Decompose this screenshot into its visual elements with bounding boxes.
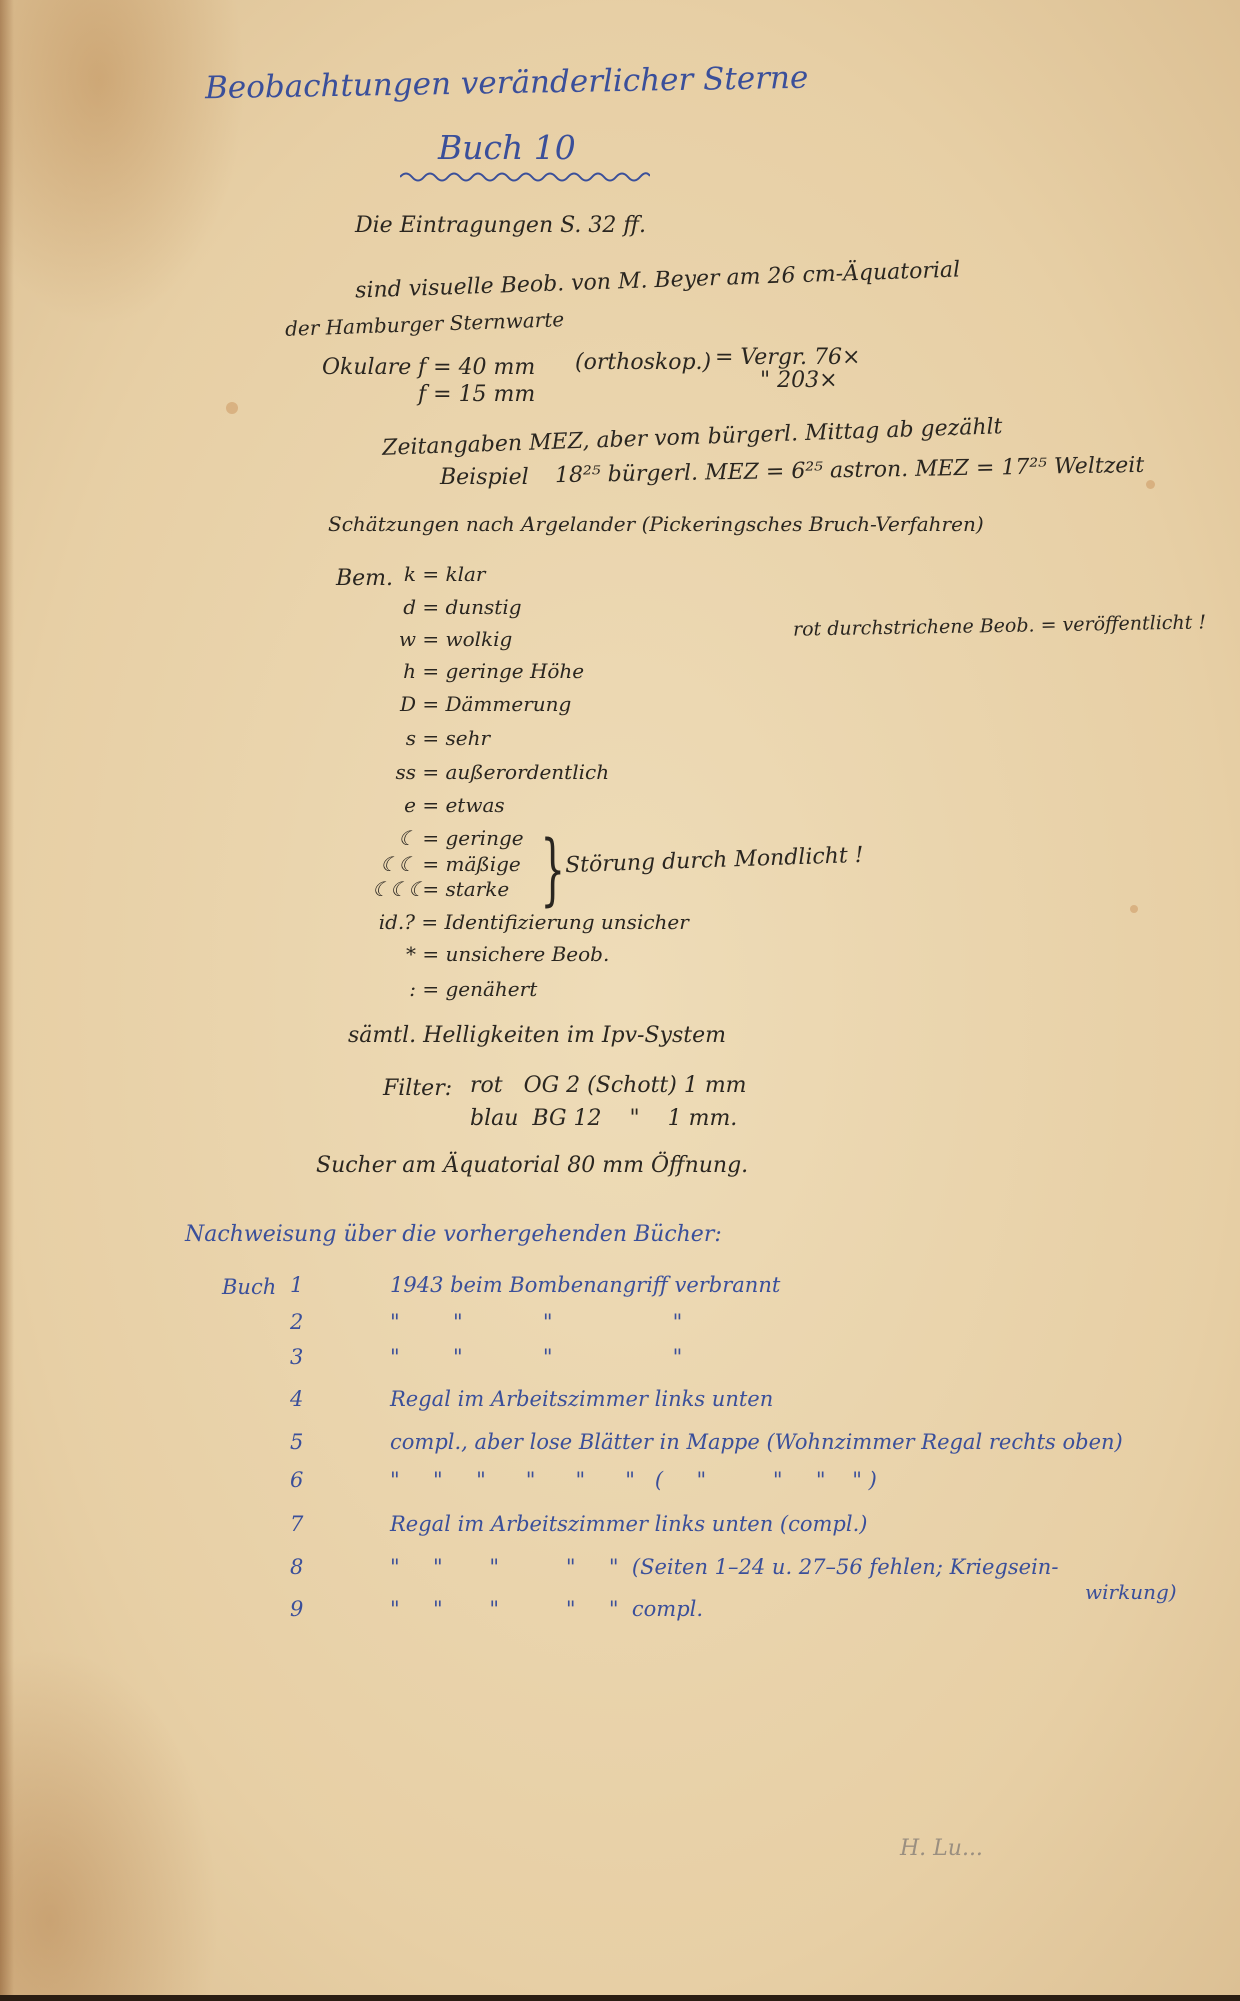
worn-left-edge — [0, 0, 14, 2001]
filters-label: Filter: — [383, 1076, 452, 1101]
eyepiece-1-focal: f = 40 mm — [418, 355, 535, 380]
filter-red: rot OG 2 (Schott) 1 mm — [470, 1073, 747, 1098]
legend-item: * = unsichere Beob. — [372, 942, 609, 966]
paper-stain — [1130, 905, 1138, 913]
time-note: Zeitangaben MEZ, aber vom bürgerl. Mitta… — [382, 414, 1003, 461]
book-label: Buch — [222, 1275, 276, 1299]
legend-item: : = genähert — [372, 977, 537, 1001]
eyepiece-1-note: (orthoskop.) — [575, 350, 711, 375]
intro-line-1: Die Eintragungen S. 32 ff. — [355, 213, 646, 238]
eyepieces-label: Okulare — [322, 355, 411, 380]
legend-item: id.? = Identifizierung unsicher — [355, 910, 689, 934]
pencil-annotation: H. Lu... — [900, 1836, 983, 1861]
red-strikethrough-note: rot durchstrichene Beob. = veröffentlich… — [793, 611, 1206, 640]
wavy-underline — [400, 168, 650, 182]
legend-item: ss = außerordentlich — [372, 760, 609, 784]
legend-item: ☾☾☾ = starke — [372, 877, 509, 901]
document-title: Beobachtungen veränderlicher Sterne — [205, 60, 809, 107]
paper-stain — [1146, 480, 1155, 489]
legend-item: d = dunstig — [372, 595, 522, 619]
eyepiece-2-focal: f = 15 mm — [418, 382, 535, 407]
legend-item: ☾☾ = mäßige — [372, 852, 521, 876]
previous-books-heading: Nachweisung über die vorhergehenden Büch… — [185, 1222, 722, 1247]
legend-item: D = Dämmerung — [372, 692, 571, 716]
intro-line-3: der Hamburger Sternwarte — [285, 307, 565, 341]
moonlight-note: Störung durch Mondlicht ! — [565, 843, 864, 878]
paper-stain — [226, 402, 238, 414]
legend-item: w = wolkig — [372, 627, 512, 651]
filter-blue: blau BG 12 " 1 mm. — [470, 1106, 737, 1131]
finder-scope: Sucher am Äquatorial 80 mm Öffnung. — [316, 1153, 748, 1178]
legend-item: e = etwas — [372, 793, 505, 817]
time-example: 18²⁵ bürgerl. MEZ = 6²⁵ astron. MEZ = 17… — [555, 453, 1145, 488]
intro-line-2: sind visuelle Beob. von M. Beyer am 26 c… — [355, 257, 961, 303]
book-number-heading: Buch 10 — [438, 128, 576, 167]
legend-item: h = geringe Höhe — [372, 659, 584, 683]
eyepiece-1-magnification: = Vergr. 76× — [715, 345, 860, 370]
page-bottom-edge — [0, 1995, 1240, 2001]
document-page: Beobachtungen veränderlicher Sterne Buch… — [0, 0, 1240, 2001]
book-8-note-continuation: wirkung) — [1085, 1580, 1177, 1604]
legend-item: ☾ = geringe — [372, 826, 524, 850]
legend-item: s = sehr — [372, 726, 490, 750]
brightness-system: sämtl. Helligkeiten im Ipv-System — [348, 1023, 726, 1048]
curly-brace: } — [540, 825, 565, 915]
eyepiece-2-magnification: " 203× — [760, 368, 838, 393]
estimates-method: Schätzungen nach Argelander (Pickeringsc… — [328, 512, 984, 536]
legend-item: k = klar — [372, 562, 485, 586]
time-example-label: Beispiel — [440, 465, 529, 490]
